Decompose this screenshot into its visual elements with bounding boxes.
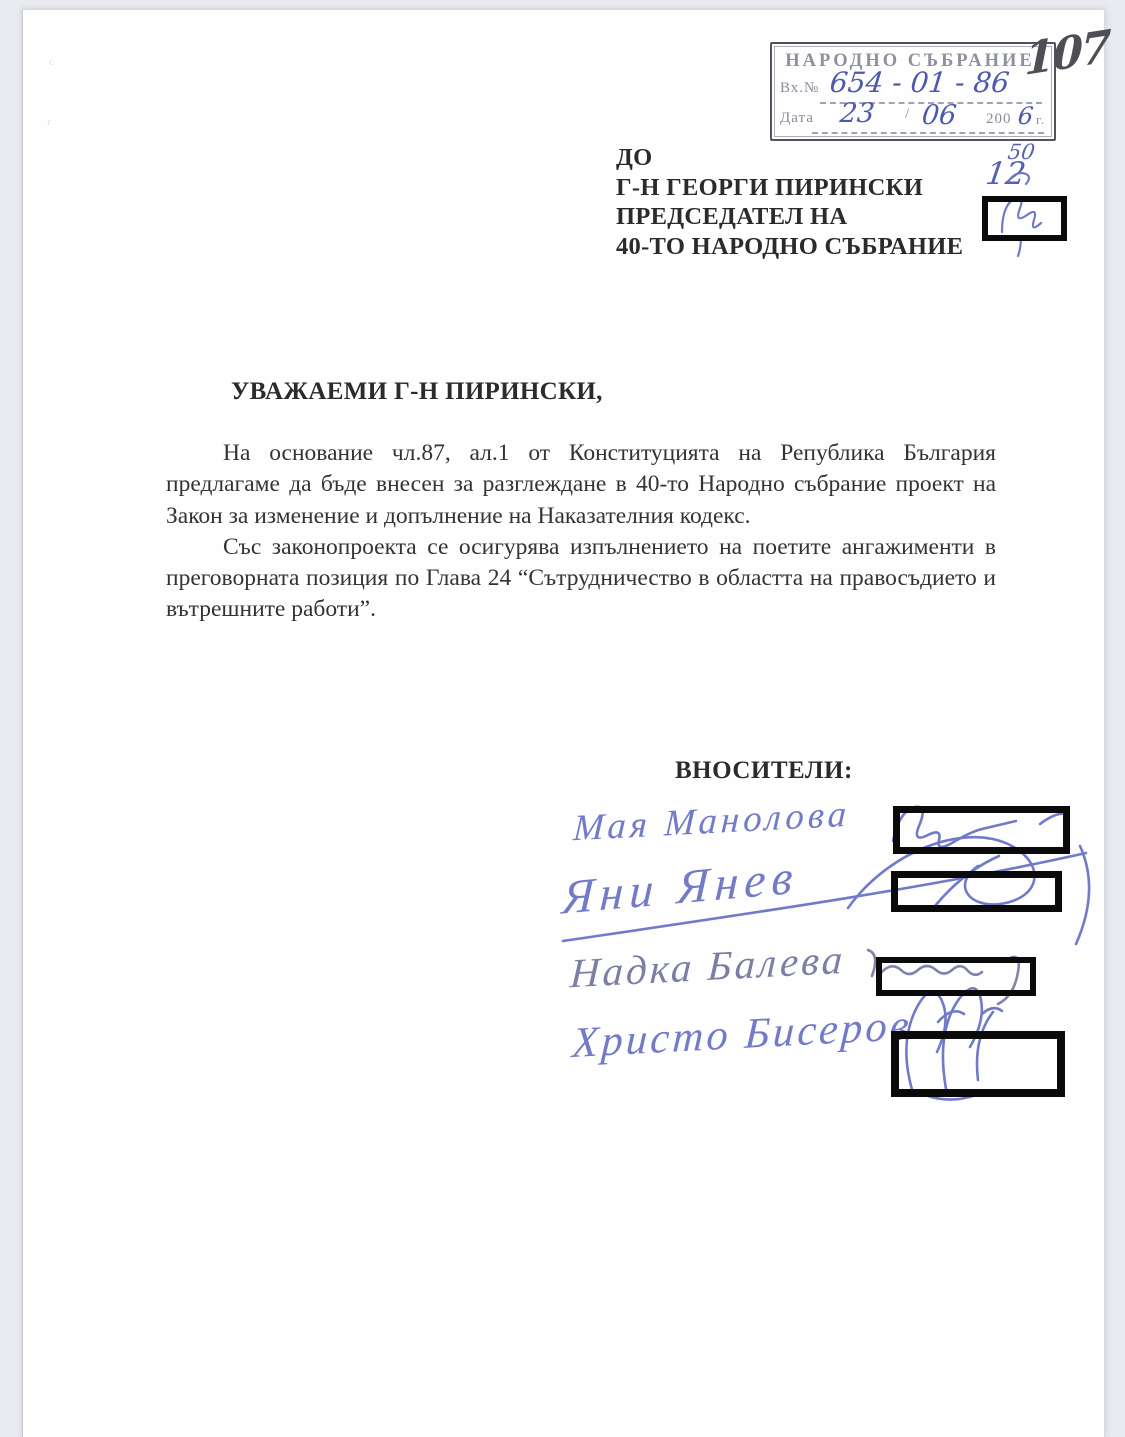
- date-separator: /: [905, 106, 910, 123]
- punch-hole-mark: ᶜ: [49, 54, 54, 75]
- redaction-box: [891, 871, 1062, 912]
- scan-background: ᶜ ʳ НАРОДНО СЪБРАНИЕ Вх.№ 654 - 01 - 86 …: [0, 0, 1125, 1437]
- addressee-line: ДО: [616, 143, 963, 173]
- redaction-box: [876, 957, 1036, 996]
- handwritten-note-number: 12: [983, 156, 1028, 192]
- date-label: Дата: [780, 110, 814, 127]
- addressee-line: Г-Н ГЕОРГИ ПИРИНСКИ: [616, 173, 963, 203]
- entry-number-handwritten: 654 - 01 - 86: [828, 66, 1011, 99]
- stamp-rule-line: [812, 132, 1044, 134]
- date-day-handwritten: 23: [838, 98, 876, 129]
- submitters-heading: ВНОСИТЕЛИ:: [675, 757, 853, 785]
- redaction-box: [893, 806, 1070, 854]
- paragraph: На основание чл.87, ал.1 от Конституцият…: [166, 438, 996, 532]
- year-suffix: г.: [1036, 112, 1045, 128]
- redaction-box: [982, 196, 1067, 241]
- addressee-line: 40-ТО НАРОДНО СЪБРАНИЕ: [616, 232, 963, 262]
- registry-stamp: НАРОДНО СЪБРАНИЕ Вх.№ 654 - 01 - 86 Дата…: [770, 42, 1056, 141]
- addressee-block: ДО Г-Н ГЕОРГИ ПИРИНСКИ ПРЕДСЕДАТЕЛ НА 40…: [616, 143, 963, 261]
- salutation: УВАЖАЕМИ Г-Н ПИРИНСКИ,: [231, 378, 603, 406]
- punch-hole-mark: ʳ: [47, 114, 51, 135]
- letter-body: На основание чл.87, ал.1 от Конституцият…: [166, 438, 996, 626]
- paragraph: Със законопроекта се осигурява изпълнени…: [166, 532, 996, 626]
- entry-number-label: Вх.№: [780, 80, 819, 97]
- year-prefix: 200: [986, 111, 1012, 128]
- redaction-box: [891, 1031, 1065, 1097]
- date-month-handwritten: 06: [920, 100, 958, 131]
- addressee-line: ПРЕДСЕДАТЕЛ НА: [616, 202, 963, 232]
- year-digit-handwritten: 6: [1017, 102, 1035, 130]
